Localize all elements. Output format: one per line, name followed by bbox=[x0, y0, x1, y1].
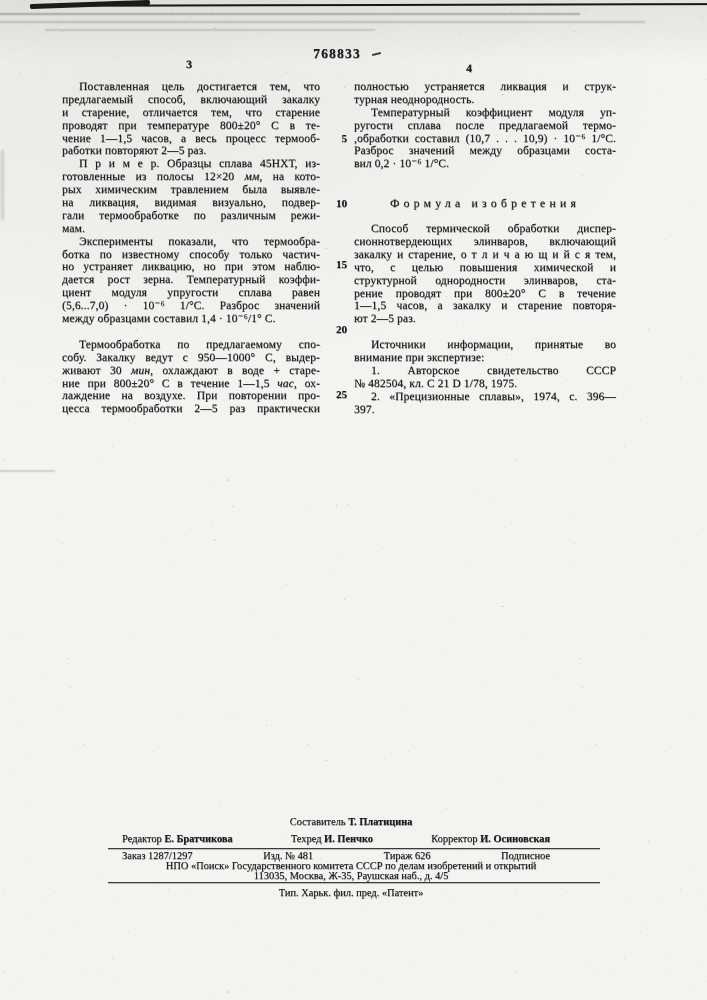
scan-artifact bbox=[30, 0, 150, 9]
footer-compiler-row: Составитель Т. Платицина bbox=[95, 817, 607, 828]
text-line: Температурный коэффициент модуля уп- bbox=[354, 107, 616, 120]
text-line: 1. Авторское свидетельство СССР bbox=[354, 365, 616, 378]
scan-artifact bbox=[0, 470, 55, 472]
text-line: ние при 800±20° С в течение 1—1,5 час, о… bbox=[62, 378, 320, 391]
text-line: чение 1—1,5 часов, а весь процесс термоо… bbox=[62, 133, 320, 146]
margin-line-number: 10 bbox=[320, 198, 347, 210]
text-line: Термообработка по предлагаемому спо- bbox=[62, 339, 320, 352]
text-line: что, с целью повышения химической и bbox=[354, 262, 616, 275]
margin-line-number: 15 bbox=[320, 259, 347, 271]
column-page-number-4: 4 bbox=[466, 61, 472, 76]
corrector-name: И. Осиновская bbox=[480, 834, 550, 845]
scan-artifact bbox=[0, 13, 580, 15]
editor-cell: Редактор Е. Братчикова bbox=[122, 834, 233, 845]
text-line: полностью устраняется ликвация и струк- bbox=[354, 81, 616, 94]
text-line: живают 30 мин, охлаждают в воде + старе- bbox=[62, 365, 320, 378]
corrector-label: Корректор bbox=[431, 834, 477, 845]
corrector-cell: Корректор И. Осиновская bbox=[431, 834, 550, 845]
text-line: П р и м е р. Образцы сплава 45НХТ, из- bbox=[62, 158, 320, 171]
text-line: проводят при температуре 800±20° С в те- bbox=[62, 120, 320, 133]
text-line: гали термообработке по различным режи- bbox=[62, 210, 320, 223]
text-line: структурной однородности элинваров, ста- bbox=[354, 275, 616, 288]
text-line: Эксперименты показали, что термообра- bbox=[62, 236, 320, 249]
text-line: ругости сплава после предлагаемой термо- bbox=[354, 120, 616, 133]
techred-label: Техред bbox=[291, 834, 322, 845]
patent-document-page: 768833 3 4 Поставленная цель достигается… bbox=[0, 0, 707, 1000]
text-line: на ликвация, видимая визуально, подвер- bbox=[62, 197, 320, 210]
text-line: 397. bbox=[354, 404, 616, 417]
footer-staff-row: Редактор Е. Братчикова Техред И. Пенчко … bbox=[122, 834, 550, 845]
editor-name: Е. Братчикова bbox=[164, 834, 232, 845]
footer-rule-top bbox=[108, 848, 600, 849]
text-line: и старение, отличается тем, что старение bbox=[62, 107, 320, 120]
footer-printer: Тип. Харьк. фил. пред. «Патент» bbox=[95, 888, 607, 899]
margin-line-numbers: 510152025 bbox=[320, 0, 347, 430]
compiler-label: Составитель bbox=[290, 817, 346, 828]
text-line: Разброс значений между образцами соста- bbox=[354, 145, 616, 158]
text-line: 1—1,5 часов, а закалку и старение повтор… bbox=[354, 300, 616, 313]
text-line: внимание при экспертизе: bbox=[354, 352, 616, 365]
text-line: рение проводят при 800±20° С в течение bbox=[354, 288, 616, 301]
text-column-right: полностью устраняется ликвация и струк-т… bbox=[354, 81, 616, 417]
text-line: но устраняет ликвацию, но при этом наблю… bbox=[62, 261, 320, 274]
text-line: № 482504, кл. С 21 D 1/78, 1975. bbox=[354, 378, 616, 391]
section-heading: Формула изобретения bbox=[354, 197, 616, 210]
text-line: (5,6...7,0) · 10⁻⁶ 1/°С. Разброс значени… bbox=[62, 300, 320, 313]
footer-address: 113035, Москва, Ж-35, Раушская наб., д. … bbox=[95, 871, 607, 882]
margin-line-number: 5 bbox=[320, 133, 347, 145]
text-line: цесса термообработки 2—5 раз практически bbox=[62, 403, 320, 416]
text-line: ботка по известному способу только части… bbox=[62, 249, 320, 262]
text-line: предлагаемый способ, включающий закалку bbox=[62, 94, 320, 107]
techred-cell: Техред И. Пенчко bbox=[291, 834, 373, 845]
scan-artifact bbox=[1, 150, 4, 220]
scan-artifact bbox=[30, 3, 707, 7]
footer-rule-bottom bbox=[108, 882, 600, 883]
text-line: между образцами составил 1,4 · 10⁻⁶/1° С… bbox=[62, 313, 320, 326]
text-line: работки повторяют 2—5 раз. bbox=[62, 145, 320, 158]
compiler-name: Т. Платицина bbox=[348, 817, 412, 828]
text-column-left: Поставленная цель достигается тем, чтопр… bbox=[62, 81, 320, 416]
editor-label: Редактор bbox=[122, 834, 162, 845]
text-line: Поставленная цель достигается тем, что bbox=[62, 81, 320, 94]
text-line: собу. Закалку ведут с 950—1000° С, выдер… bbox=[62, 352, 320, 365]
text-line: Способ термической обработки диспер- bbox=[354, 223, 616, 236]
text-line: готовленные из полосы 12×20 мм, на кото- bbox=[62, 171, 320, 184]
text-line: лаждение на воздухе. При повторении про- bbox=[62, 390, 320, 403]
text-line: 2. «Прецизионные сплавы», 1974, с. 396— bbox=[354, 391, 616, 404]
text-line: турная неоднородность. bbox=[354, 94, 616, 107]
text-line: закалку и старение, о т л и ч а ю щ и й … bbox=[354, 249, 616, 262]
text-line: ют 2—5 раз. bbox=[354, 313, 616, 326]
text-line: ,обработки составил (10,7 . . . 10,9) · … bbox=[354, 133, 616, 146]
text-line: сионнотвердеющих элинваров, включающий bbox=[354, 236, 616, 249]
text-line: вил 0,2 · 10⁻⁶ 1/°С. bbox=[354, 158, 616, 171]
text-line: циент модуля упругости сплава равен bbox=[62, 287, 320, 300]
text-line: дается рост зерна. Температурный коэффи- bbox=[62, 274, 320, 287]
text-line: Источники информации, принятые во bbox=[354, 339, 616, 352]
column-page-number-3: 3 bbox=[186, 57, 192, 72]
margin-line-number: 25 bbox=[320, 389, 347, 401]
text-line: мам. bbox=[62, 223, 320, 236]
text-line: рых химическим травлением была выявле- bbox=[62, 184, 320, 197]
margin-line-number: 20 bbox=[320, 324, 347, 336]
techred-name: И. Пенчко bbox=[324, 834, 373, 845]
